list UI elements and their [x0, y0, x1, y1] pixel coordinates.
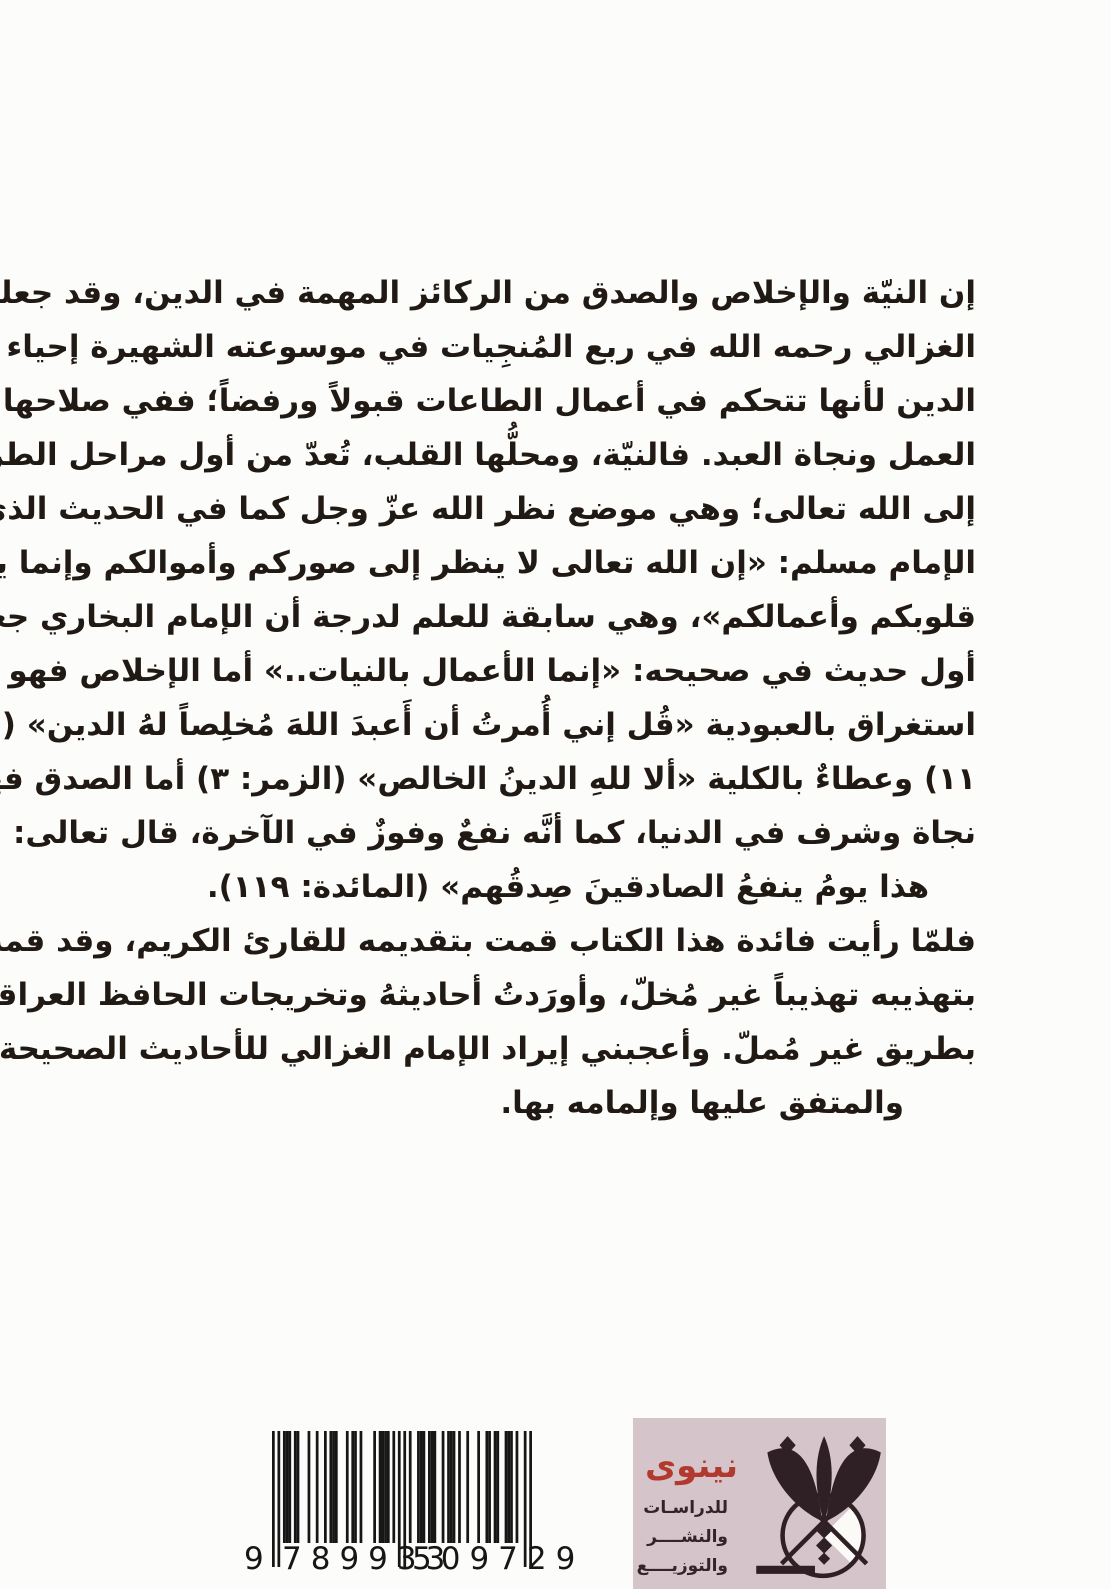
blurb-text-line: هذا يومُ ينفعُ الصادقينَ صِدقُهم» (المائ…	[160, 860, 976, 914]
blurb-text-line: بطريق غير مُملّ. وأعجبني إيراد الإمام ال…	[160, 1022, 976, 1076]
blurb-text-line: إن النيّة والإخلاص والصدق من الركائز الم…	[160, 266, 976, 320]
publisher-tagline-line: والتوزيــــع	[636, 1552, 728, 1581]
blurb-text-line: الغزالي رحمه الله في ربع المُنجِيات في م…	[160, 320, 976, 374]
blurb-text-line: بتهذيبه تهذيباً غير مُخلّ، وأورَدتُ أحاد…	[160, 968, 976, 1022]
isbn-digit-group-right: 509729	[412, 1541, 524, 1579]
publisher-logo-panel: نينوى للدراسـاتوالنشــــروالتوزيــــع	[633, 1418, 886, 1589]
blurb-text-line: أول حديث في صحيحه: «إنما الأعمال بالنيات…	[160, 644, 976, 698]
publisher-tagline-line: للدراسـات	[636, 1494, 728, 1523]
lotus-flower-icon	[751, 1424, 883, 1584]
blurb-text-line: قلوبكم وأعمالكم»، وهي سابقة للعلم لدرجة …	[160, 590, 976, 644]
isbn-barcode: 9 789933 509729	[250, 1431, 550, 1581]
blurb-text-line: استغراق بالعبودية «قُل إني أُمرتُ أن أَع…	[160, 698, 976, 752]
publisher-tagline-line: والنشــــر	[636, 1523, 728, 1552]
book-back-cover: { "colors": { "page_background": "#fcfcf…	[0, 0, 1111, 1589]
blurb-text-line: الإمام مسلم: «إن الله تعالى لا ينظر إلى …	[160, 536, 976, 590]
blurb-text-line: ١١) وعطاءٌ بالكلية «ألا للهِ الدينُ الخا…	[160, 752, 976, 806]
blurb-text-line: والمتفق عليها وإلمامه بها.	[160, 1076, 976, 1130]
publisher-tagline: للدراسـاتوالنشــــروالتوزيــــع	[636, 1494, 728, 1581]
blurb-text-line: إلى الله تعالى؛ وهي موضع نظر الله عزّ وج…	[160, 482, 976, 536]
isbn-first-digit: 9	[244, 1541, 270, 1577]
blurb-text-line: فلمّا رأيت فائدة هذا الكتاب قمت بتقديمه …	[160, 914, 976, 968]
isbn-digit-group-left: 789933	[282, 1541, 394, 1579]
blurb-text-line: العمل ونجاة العبد. فالنيّة، ومحلُّها الق…	[160, 428, 976, 482]
blurb-text-line: الدين لأنها تتحكم في أعمال الطاعات قبولا…	[160, 374, 976, 428]
publisher-name: نينوى	[645, 1448, 738, 1484]
blurb-text-line: نجاة وشرف في الدنيا، كما أنَّه نفعٌ وفوز…	[160, 806, 976, 860]
back-cover-blurb: إن النيّة والإخلاص والصدق من الركائز الم…	[160, 266, 976, 1130]
